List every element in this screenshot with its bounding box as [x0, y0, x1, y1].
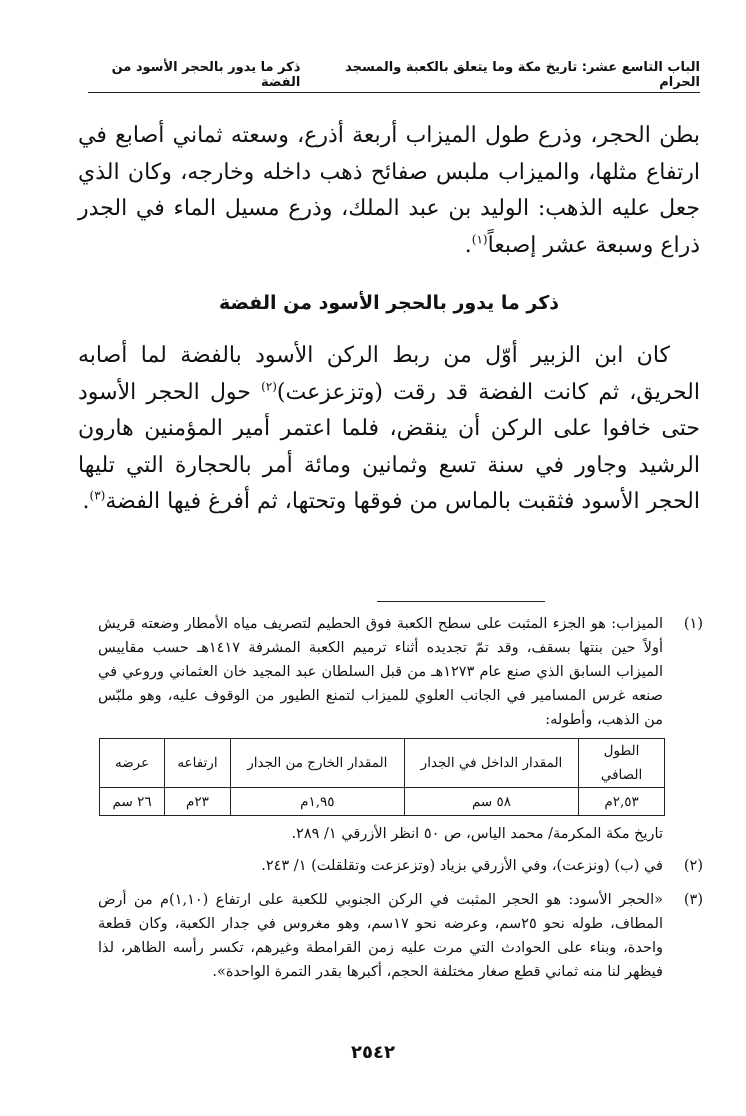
period: . [83, 489, 90, 514]
footnote-text: «الحجر الأسود: هو الحجر المثبت في الركن … [98, 888, 663, 984]
footnote-2: (٢) في (ب) (ونزعت)، وفي الأزرقي بزياد (و… [98, 854, 703, 878]
body-paragraph-2: كان ابن الزبير أوّل من ربط الركن الأسود … [78, 338, 700, 521]
footnote-ref-3[interactable]: (٣) [90, 489, 106, 503]
chapter-title: الباب التاسع عشر: تاريخ مكة وما يتعلق با… [300, 60, 700, 90]
footnote-1: (١) الميزاب: هو الجزء المثبت على سطح الك… [98, 612, 703, 732]
footnote-number: (١) [663, 612, 703, 732]
table-cell: ٥٨ سم [404, 788, 578, 816]
table-row: ٢,٥٣م ٥٨ سم ١,٩٥م ٢٣م ٢٦ سم [100, 788, 665, 816]
table-header-row: الطول الصافي المقدار الداخل في الجدار ال… [100, 739, 665, 788]
section-heading: ذكر ما يدور بالحجر الأسود من الفضة [78, 292, 700, 314]
period: . [465, 233, 472, 258]
footnote-1-source: تاريخ مكة المكرمة/ محمد الياس، ص ٥٠ انظر… [98, 822, 703, 846]
footnote-number: (٢) [663, 854, 703, 878]
footnotes: (١) الميزاب: هو الجزء المثبت على سطح الك… [98, 612, 703, 984]
footnote-text: في (ب) (ونزعت)، وفي الأزرقي بزياد (وتزعز… [98, 854, 663, 878]
table-cell: ٢٣م [165, 788, 231, 816]
table-cell: ١,٩٥م [230, 788, 404, 816]
footnote-divider [377, 601, 545, 602]
table-header: ارتفاعه [165, 739, 231, 788]
footnote-text: الميزاب: هو الجزء المثبت على سطح الكعبة … [98, 612, 663, 732]
section-running-title: ذكر ما يدور بالحجر الأسود من الفضة [68, 60, 300, 90]
footnote-ref-2[interactable]: (٢) [261, 379, 277, 393]
footnote-table-wrap: الطول الصافي المقدار الداخل في الجدار ال… [98, 738, 665, 816]
table-header: عرضه [100, 739, 165, 788]
body-paragraph-1: بطن الحجر، وذرع طول الميزاب أربعة أذرع، … [78, 118, 700, 264]
table-cell: ٢٦ سم [100, 788, 165, 816]
mizab-dimensions-table: الطول الصافي المقدار الداخل في الجدار ال… [99, 738, 665, 816]
paragraph-text: بطن الحجر، وذرع طول الميزاب أربعة أذرع، … [78, 123, 700, 258]
footnote-3: (٣) «الحجر الأسود: هو الحجر المثبت في ال… [98, 888, 703, 984]
table-header: المقدار الداخل في الجدار [404, 739, 578, 788]
table-header: المقدار الخارج من الجدار [230, 739, 404, 788]
page-number: ٢٥٤٢ [0, 1042, 746, 1063]
footnote-number: (٣) [663, 888, 703, 984]
footnote-ref-1[interactable]: (١) [472, 232, 488, 246]
table-header: الطول الصافي [579, 739, 665, 788]
header-divider [88, 92, 700, 93]
running-header: الباب التاسع عشر: تاريخ مكة وما يتعلق با… [68, 58, 700, 90]
book-page: الباب التاسع عشر: تاريخ مكة وما يتعلق با… [0, 0, 746, 1116]
table-cell: ٢,٥٣م [579, 788, 665, 816]
